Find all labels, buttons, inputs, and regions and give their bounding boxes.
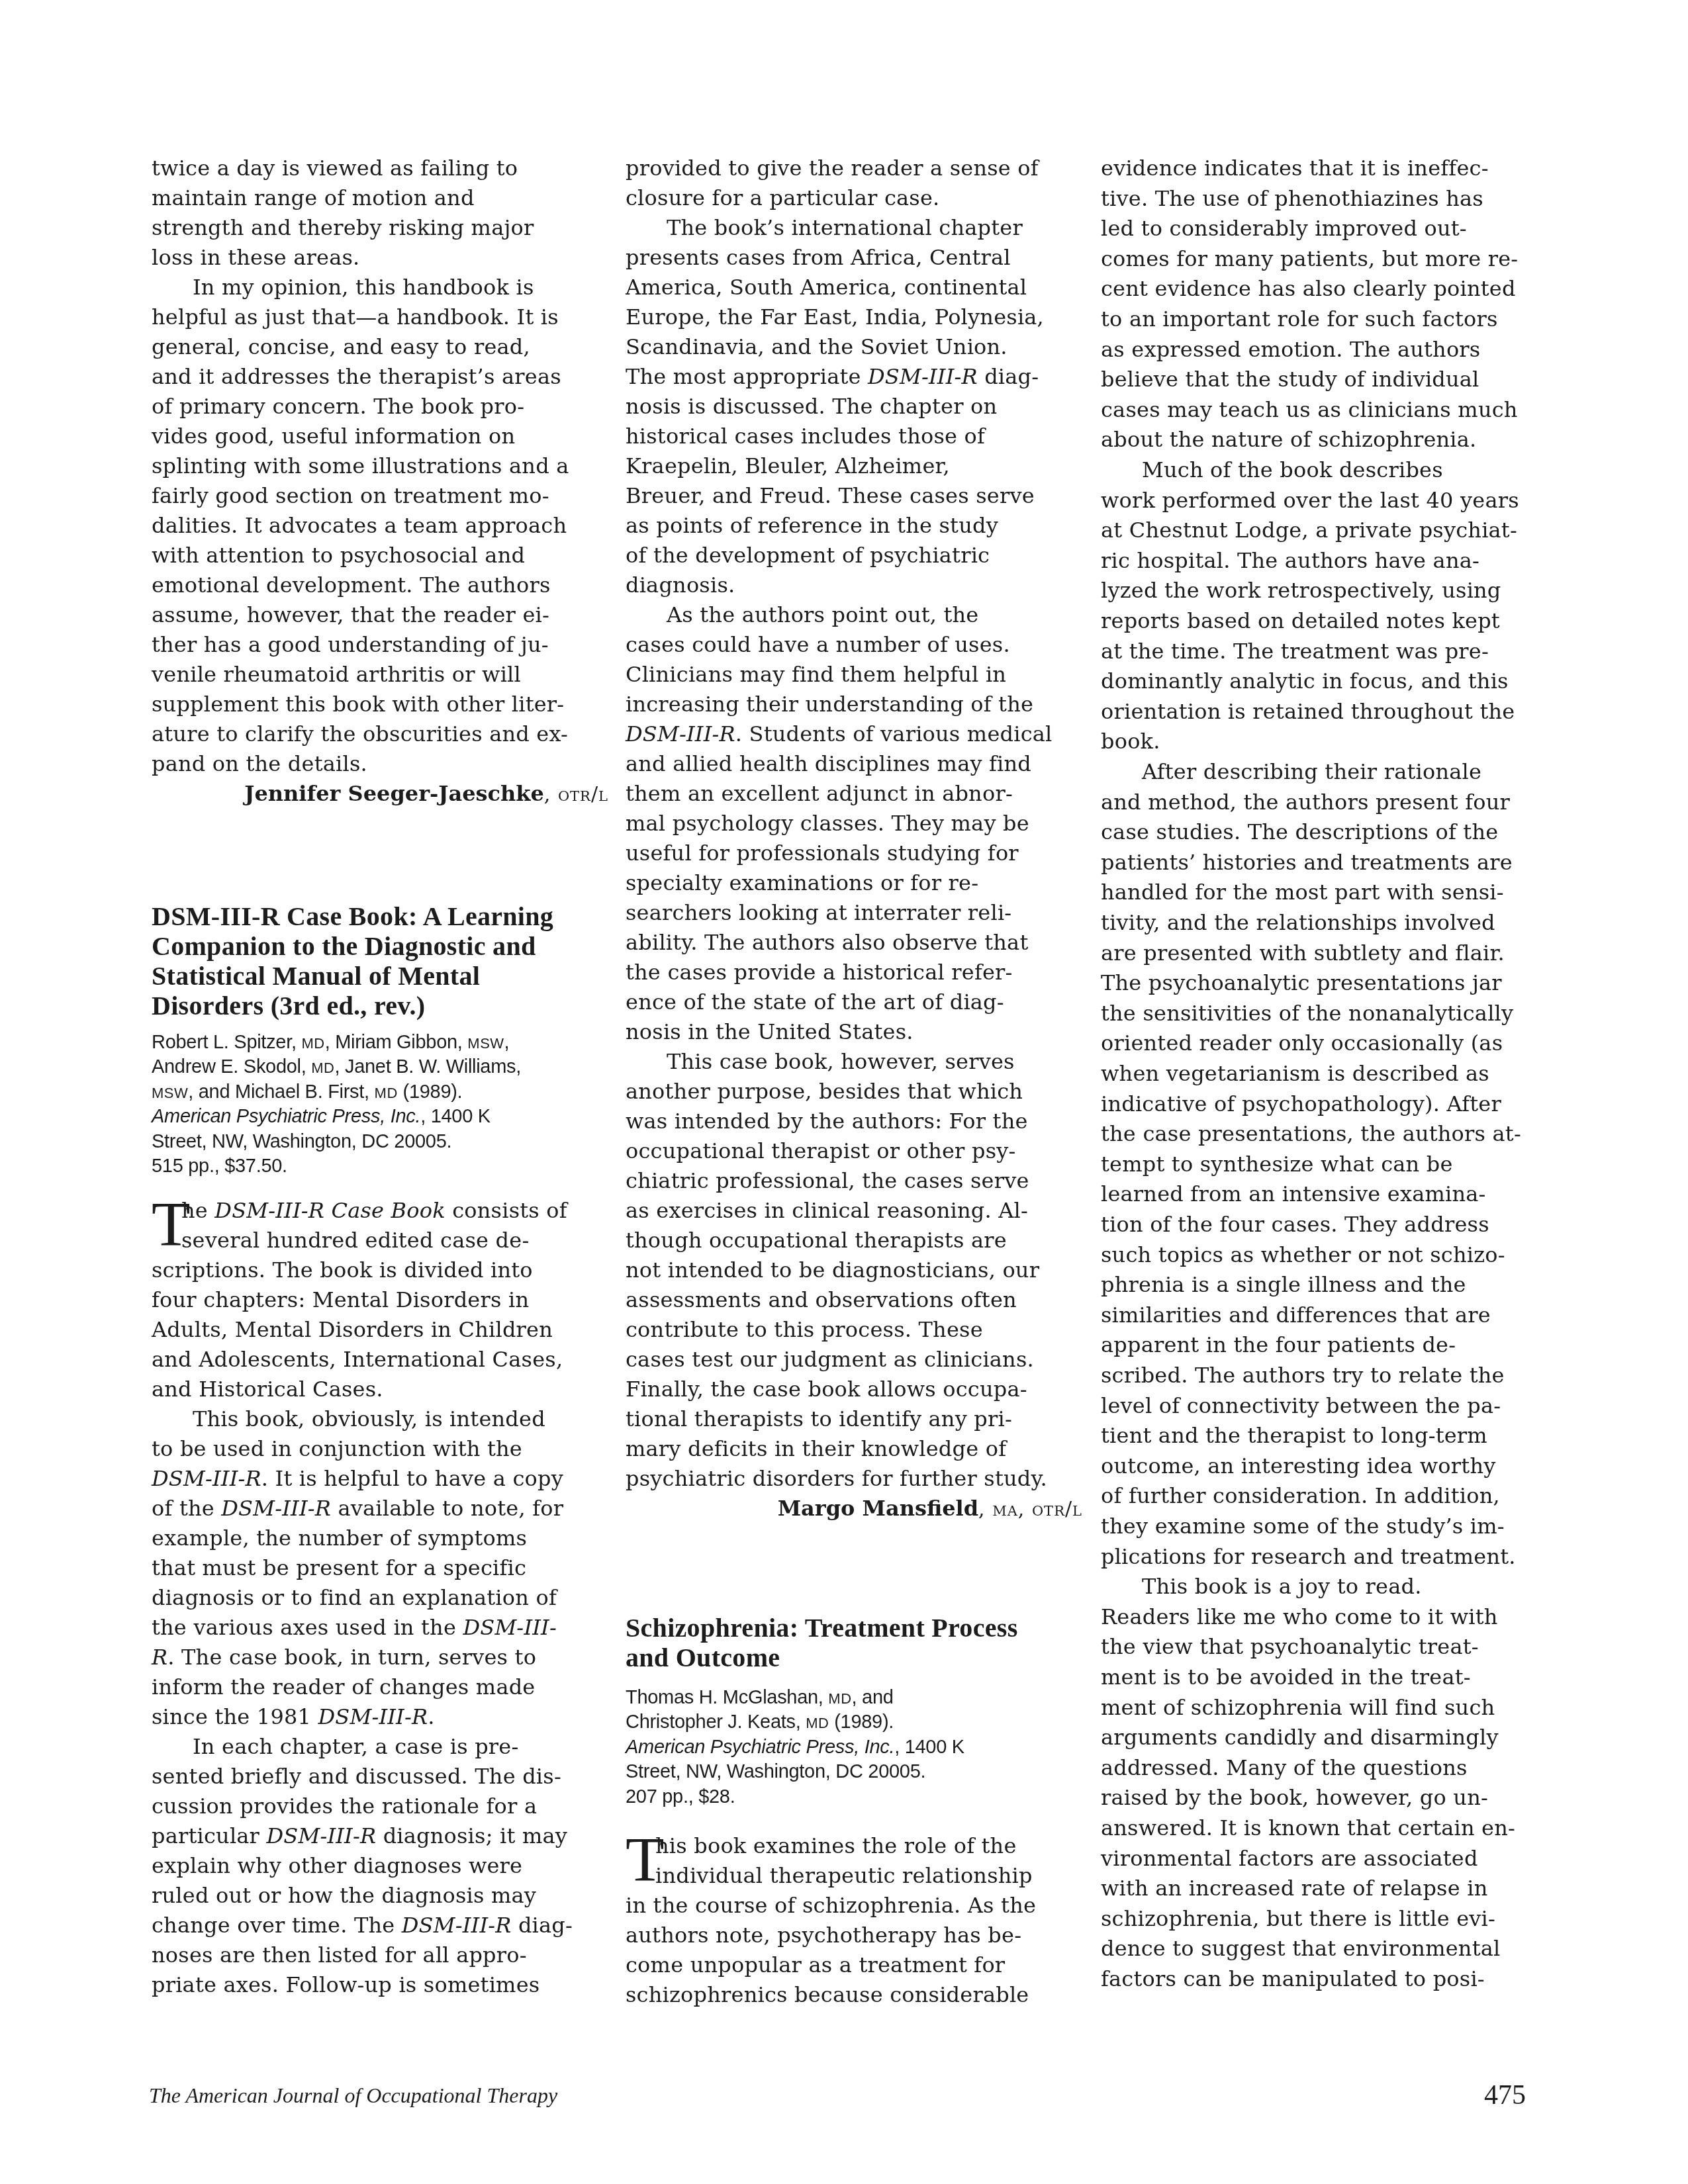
text-line: mal psychology classes. They may be	[626, 809, 1029, 839]
text-span: since the 1981	[152, 1704, 318, 1729]
text-line: arguments candidly and disarmingly	[1101, 1723, 1499, 1752]
text-line: tion of the four cases. They address	[1101, 1210, 1489, 1240]
book-title-italic: DSM-III-R	[402, 1913, 512, 1938]
book-authors: Christopher J. Keats, MD (1989).	[626, 1710, 894, 1736]
text-line: emotional development. The authors	[152, 570, 551, 600]
author-credential: MD	[806, 1715, 829, 1731]
text-line: change over time. The DSM-III-R diag-	[152, 1911, 573, 1940]
text-span: of the	[152, 1496, 221, 1521]
author-credential: MD	[828, 1690, 851, 1707]
text-span: diag-	[512, 1913, 573, 1938]
text-line: inform the reader of changes made	[152, 1672, 536, 1702]
publisher-address: , 1400 K	[420, 1106, 491, 1127]
text-line: schizophrenics because considerable	[626, 1980, 1029, 2010]
review-title-line: Schizophrenia: Treatment Process	[626, 1613, 1018, 1643]
review-title-line: Companion to the Diagnostic and	[152, 931, 536, 961]
text-line: America, South America, continental	[626, 273, 1027, 302]
text-line: Europe, the Far East, India, Polynesia,	[626, 302, 1044, 332]
text-line: loss in these areas.	[152, 243, 359, 273]
text-line: ability. The authors also observe that	[626, 928, 1028, 958]
author-name: , and Michael B. First,	[188, 1081, 374, 1103]
text-line: apparent in the four patients de-	[1101, 1330, 1456, 1360]
book-authors: Thomas H. McGlashan, MD, and	[626, 1686, 894, 1711]
text-line: splinting with some illustrations and a	[152, 451, 569, 481]
text-line: led to considerably improved out-	[1101, 214, 1467, 244]
text-line: raised by the book, however, go un-	[1101, 1783, 1488, 1813]
text-line: not intended to be diagnosticians, our	[626, 1255, 1039, 1285]
text-line: he DSM-III-R Case Book consists of	[152, 1196, 567, 1226]
text-line: at Chestnut Lodge, a private psychiat-	[1101, 516, 1517, 545]
author-name: Andrew E. Skodol,	[152, 1056, 311, 1077]
text-line: psychiatric disorders for further study.	[626, 1464, 1047, 1494]
text-line: Kraepelin, Bleuler, Alzheimer,	[626, 451, 950, 481]
text-line: priate axes. Follow-up is sometimes	[152, 1970, 539, 2000]
text-line: dominantly analytic in focus, and this	[1101, 666, 1509, 696]
text-line: and it addresses the therapist’s areas	[152, 362, 561, 392]
text-line: nosis is discussed. The chapter on	[626, 392, 997, 422]
text-line: DSM-III-R. Students of various medical	[626, 719, 1053, 749]
text-line: such topics as whether or not schizo-	[1101, 1240, 1505, 1270]
text-line: reports based on detailed notes kept	[1101, 606, 1500, 636]
text-line: Much of the book describes	[1101, 455, 1443, 485]
text-line: nosis in the United States.	[626, 1017, 914, 1047]
text-line: the cases provide a historical refer-	[626, 958, 1013, 987]
text-line: the view that psychoanalytic treat-	[1101, 1632, 1479, 1662]
text-span: The most appropriate	[626, 364, 868, 389]
text-line: Adults, Mental Disorders in Children	[152, 1315, 553, 1345]
text-line: vides good, useful information on	[152, 422, 515, 451]
reviewer-credentials: , MA, OTR/L	[978, 1498, 1082, 1521]
text-span: change over time. The	[152, 1913, 402, 1938]
text-line: This case book, however, serves	[626, 1047, 1015, 1077]
author-credential: MD	[301, 1035, 324, 1052]
text-line: and method, the authors present four	[1101, 788, 1510, 817]
publisher-address: Street, NW, Washington, DC 20005.	[626, 1760, 925, 1785]
book-publisher: American Psychiatric Press, Inc., 1400 K	[152, 1105, 491, 1130]
text-line: DSM-III-R. It is helpful to have a copy	[152, 1464, 563, 1494]
text-line: they examine some of the study’s im-	[1101, 1512, 1505, 1541]
author-credential: MD	[375, 1085, 398, 1101]
author-credential: MSW	[152, 1085, 188, 1101]
text-line: closure for a particular case.	[626, 183, 939, 213]
text-line: assume, however, that the reader ei-	[152, 600, 549, 630]
text-line: of the development of psychiatric	[626, 541, 990, 570]
text-line: phrenia is a single illness and the	[1101, 1270, 1466, 1300]
text-line: explain why other diagnoses were	[152, 1851, 522, 1881]
text-line: ature to clarify the obscurities and ex-	[152, 719, 568, 749]
text-line: addressed. Many of the questions	[1101, 1753, 1468, 1783]
text-line: as points of reference in the study	[626, 511, 998, 541]
text-line: Breuer, and Freud. These cases serve	[626, 481, 1035, 511]
text-line: four chapters: Mental Disorders in	[152, 1285, 529, 1315]
text-line: factors can be manipulated to posi-	[1101, 1964, 1485, 1994]
text-line: and allied health disciplines may find	[626, 749, 1031, 779]
text-line: authors note, psychotherapy has be-	[626, 1921, 1021, 1950]
text-line: comes for many patients, but more re-	[1101, 244, 1518, 274]
text-line: in the course of schizophrenia. As the	[626, 1891, 1036, 1921]
review-title-line: Disorders (3rd ed., rev.)	[152, 991, 425, 1021]
text-line: oriented reader only occasionally (as	[1101, 1028, 1503, 1058]
text-line: to an important role for such factors	[1101, 304, 1498, 334]
text-line: historical cases includes those of	[626, 422, 985, 451]
journal-title-footer: The American Journal of Occupational The…	[149, 2083, 557, 2108]
text-line: work performed over the last 40 years	[1101, 486, 1519, 516]
text-line: useful for professionals studying for	[626, 839, 1019, 868]
reviewer-name: Margo Mansfield	[778, 1496, 978, 1521]
text-line: vironmental factors are associated	[1101, 1844, 1478, 1874]
book-title-italic: DSM-III-R	[266, 1823, 376, 1848]
text-line: ruled out or how the diagnosis may	[152, 1881, 536, 1911]
author-name: Thomas H. McGlashan,	[626, 1687, 828, 1708]
author-name: , Janet B. W. Williams,	[334, 1056, 521, 1077]
text-line: ric hospital. The authors have ana-	[1101, 546, 1479, 576]
text-line: about the nature of schizophrenia.	[1101, 425, 1476, 455]
text-span: , and	[852, 1687, 894, 1708]
text-line: dence to suggest that environmental	[1101, 1934, 1500, 1964]
text-span: . The case book, in turn, serves to	[167, 1645, 536, 1670]
text-line: The book’s international chapter	[626, 213, 1023, 243]
text-line: lyzed the work retrospectively, using	[1101, 576, 1501, 606]
text-line: the case presentations, the authors at-	[1101, 1119, 1521, 1149]
text-line: and Historical Cases.	[152, 1375, 383, 1404]
text-line: This book, obviously, is intended	[152, 1404, 545, 1434]
text-span: . Students of various medical	[735, 721, 1053, 747]
text-span: particular	[152, 1823, 266, 1848]
reviewer-credentials: , OTR/L	[544, 783, 608, 806]
text-line: tivity, and the relationships involved	[1101, 908, 1495, 938]
text-line: plications for research and treatment.	[1101, 1542, 1516, 1572]
text-line: mary deficits in their knowledge of	[626, 1434, 1006, 1464]
text-line: evidence indicates that it is ineffec-	[1101, 154, 1489, 183]
text-line: cases could have a number of uses.	[626, 630, 1010, 660]
text-line: provided to give the reader a sense of	[626, 154, 1039, 183]
text-line: supplement this book with other liter-	[152, 690, 564, 719]
text-line: case studies. The descriptions of the	[1101, 817, 1498, 847]
text-line: are presented with subtlety and flair.	[1101, 938, 1505, 968]
page-number: 475	[1484, 2079, 1526, 2111]
text-line: of further consideration. In addition,	[1101, 1481, 1500, 1511]
text-line: example, the number of symptoms	[152, 1524, 527, 1553]
text-line: as expressed emotion. The authors	[1101, 335, 1480, 365]
text-line: schizophrenia, but there is little evi-	[1101, 1904, 1495, 1934]
journal-page: twice a day is viewed as failing to main…	[0, 0, 1688, 2184]
pages-price: 515 pp., $37.50.	[152, 1154, 287, 1179]
text-span: .	[428, 1704, 434, 1729]
text-line: answered. It is known that certain en-	[1101, 1813, 1515, 1843]
text-line: that must be present for a specific	[152, 1553, 526, 1583]
text-line: of the DSM-III-R available to note, for	[152, 1494, 563, 1524]
text-line: Finally, the case book allows occupa-	[626, 1375, 1027, 1404]
text-line: several hundred edited case de-	[152, 1226, 529, 1255]
publisher-name: American Psychiatric Press, Inc.	[152, 1106, 420, 1127]
text-line: scribed. The authors try to relate the	[1101, 1361, 1505, 1390]
reviewer-signature: Jennifer Seeger-Jaeschke, OTR/L	[244, 779, 608, 809]
review-title-line: and Outcome	[626, 1643, 780, 1672]
author-name: Robert L. Spitzer,	[152, 1032, 301, 1053]
text-line: handled for the most part with sensi-	[1101, 878, 1504, 907]
text-line: chiatric professional, the cases serve	[626, 1166, 1029, 1196]
text-line: Clinicians may find them helpful in	[626, 660, 1006, 690]
punctuation: ,	[504, 1032, 510, 1053]
text-line: noses are then listed for all appro-	[152, 1940, 527, 1970]
text-line: though occupational therapists are	[626, 1226, 1007, 1255]
text-line: cent evidence has also clearly pointed	[1101, 274, 1516, 304]
text-line: After describing their rationale	[1101, 757, 1481, 787]
text-line: diagnosis or to find an explanation of	[152, 1583, 557, 1613]
text-line: tional therapists to identify any pri-	[626, 1404, 1012, 1434]
book-authors: MSW, and Michael B. First, MD (1989).	[152, 1080, 462, 1106]
text-line: learned from an intensive examina-	[1101, 1179, 1486, 1209]
publisher-address: , 1400 K	[894, 1737, 964, 1758]
text-line: tient and the therapist to long-term	[1101, 1421, 1487, 1451]
text-line: As the authors point out, the	[626, 600, 979, 630]
book-title-italic: DSM-III-R	[221, 1496, 331, 1521]
text-line: This book is a joy to read.	[1101, 1572, 1422, 1602]
text-line: tive. The use of phenothiazines has	[1101, 184, 1483, 214]
text-line: cases test our judgment as clinicians.	[626, 1345, 1034, 1375]
text-line: particular DSM-III-R diagnosis; it may	[152, 1821, 567, 1851]
author-name: Christopher J. Keats,	[626, 1711, 806, 1733]
text-line: maintain range of motion and	[152, 183, 475, 213]
book-title-italic: R	[152, 1645, 167, 1670]
text-line: R. The case book, in turn, serves to	[152, 1643, 536, 1672]
text-span: the various axes used in the	[152, 1615, 463, 1640]
author-name: , Miriam Gibbon,	[325, 1032, 468, 1053]
book-publisher: American Psychiatric Press, Inc., 1400 K	[626, 1735, 964, 1760]
text-line: tempt to synthesize what can be	[1101, 1150, 1453, 1179]
publisher-name: American Psychiatric Press, Inc.	[626, 1737, 894, 1758]
text-line: another purpose, besides that which	[626, 1077, 1023, 1107]
text-line: assessments and observations often	[626, 1285, 1017, 1315]
text-line: dalities. It advocates a team approach	[152, 511, 567, 541]
text-span: diag-	[978, 364, 1039, 389]
text-line: increasing their understanding of the	[626, 690, 1033, 719]
book-title-italic: DSM-III-	[463, 1615, 557, 1640]
text-line: diagnosis.	[626, 570, 735, 600]
book-authors: Robert L. Spitzer, MD, Miriam Gibbon, MS…	[152, 1030, 509, 1056]
text-line: ence of the state of the art of diag-	[626, 987, 1004, 1017]
text-line: believe that the study of individual	[1101, 365, 1479, 394]
text-line: his book examines the role of the	[626, 1831, 1017, 1861]
pages-price: 207 pp., $28.	[626, 1785, 735, 1810]
reviewer-signature: Margo Mansfield, MA, OTR/L	[778, 1494, 1082, 1524]
text-line: ment of schizophrenia will find such	[1101, 1693, 1495, 1723]
text-line: the sensitivities of the nonanalytically	[1101, 999, 1513, 1028]
text-line: to be used in conjunction with the	[152, 1434, 522, 1464]
text-line: strength and thereby risking major	[152, 213, 534, 243]
publication-year: (1989).	[398, 1081, 463, 1103]
text-line: twice a day is viewed as failing to	[152, 154, 518, 183]
text-line: ther has a good understanding of ju-	[152, 630, 549, 660]
text-line: sented briefly and discussed. The dis-	[152, 1762, 561, 1792]
text-line: presents cases from Africa, Central	[626, 243, 1011, 273]
review-title-line: DSM-III-R Case Book: A Learning	[152, 901, 553, 931]
author-credential: MSW	[467, 1035, 504, 1052]
text-line: general, concise, and easy to read,	[152, 332, 530, 362]
text-line: outcome, an interesting idea worthy	[1101, 1451, 1495, 1481]
text-line: orientation is retained throughout the	[1101, 697, 1515, 727]
text-line: In each chapter, a case is pre-	[152, 1732, 519, 1762]
text-line: the various axes used in the DSM-III-	[152, 1613, 557, 1643]
text-line: patients’ histories and treatments are	[1101, 848, 1513, 878]
text-line: The most appropriate DSM-III-R diag-	[626, 362, 1039, 392]
text-line: book.	[1101, 727, 1160, 756]
text-line: indicative of psychopathology). After	[1101, 1089, 1501, 1119]
book-title-italic: DSM-III-R	[868, 364, 978, 389]
text-line: In my opinion, this handbook is	[152, 273, 534, 302]
book-title-italic: DSM-III-R	[152, 1466, 261, 1491]
author-credential: MD	[311, 1060, 334, 1076]
text-line: as exercises in clinical reasoning. Al-	[626, 1196, 1028, 1226]
book-authors: Andrew E. Skodol, MD, Janet B. W. Willia…	[152, 1055, 521, 1081]
text-span: consists of	[445, 1198, 567, 1223]
text-span: . It is helpful to have a copy	[261, 1466, 563, 1491]
text-line: with attention to psychosocial and	[152, 541, 525, 570]
text-line: helpful as just that—a handbook. It is	[152, 302, 559, 332]
publication-year: (1989).	[829, 1711, 894, 1733]
book-title-italic: DSM-III-R	[318, 1704, 428, 1729]
publisher-address: Street, NW, Washington, DC 20005.	[152, 1130, 451, 1155]
text-line: The psychoanalytic presentations jar	[1101, 968, 1502, 998]
text-line: with an increased rate of relapse in	[1101, 1874, 1487, 1903]
text-line: of primary concern. The book pro-	[152, 392, 524, 422]
text-line: since the 1981 DSM-III-R.	[152, 1702, 435, 1732]
text-line: come unpopular as a treatment for	[626, 1950, 1005, 1980]
text-line: Scandinavia, and the Soviet Union.	[626, 332, 1008, 362]
text-span: he	[181, 1198, 214, 1223]
text-line: ment is to be avoided in the treat-	[1101, 1662, 1471, 1692]
text-line: cussion provides the rationale for a	[152, 1792, 537, 1821]
text-line: when vegetarianism is described as	[1101, 1059, 1489, 1089]
text-line: pand on the details.	[152, 749, 367, 779]
text-line: was intended by the authors: For the	[626, 1107, 1028, 1136]
text-line: at the time. The treatment was pre-	[1101, 637, 1489, 666]
text-line: fairly good section on treatment mo-	[152, 481, 549, 511]
text-line: cases may teach us as clinicians much	[1101, 395, 1518, 425]
text-line: searchers looking at interrater reli-	[626, 898, 1011, 928]
text-line: scriptions. The book is divided into	[152, 1255, 533, 1285]
text-line: specialty examinations or for re-	[626, 868, 978, 898]
text-span: available to note, for	[331, 1496, 563, 1521]
text-line: occupational therapist or other psy-	[626, 1136, 1016, 1166]
text-line: similarities and differences that are	[1101, 1300, 1491, 1330]
text-line: venile rheumatoid arthritis or will	[152, 660, 521, 690]
text-line: them an excellent adjunct in abnor-	[626, 779, 1013, 809]
book-title-italic: DSM-III-R	[626, 721, 735, 747]
reviewer-name: Jennifer Seeger-Jaeschke	[244, 781, 544, 806]
text-line: Readers like me who come to it with	[1101, 1602, 1498, 1632]
text-line: contribute to this process. These	[626, 1315, 983, 1345]
book-title-italic: DSM-III-R Case Book	[214, 1198, 445, 1223]
text-line: individual therapeutic relationship	[626, 1861, 1033, 1891]
review-title-line: Statistical Manual of Mental	[152, 961, 480, 991]
text-line: and Adolescents, International Cases,	[152, 1345, 563, 1375]
text-span: diagnosis; it may	[376, 1823, 567, 1848]
text-line: level of connectivity between the pa-	[1101, 1391, 1501, 1421]
